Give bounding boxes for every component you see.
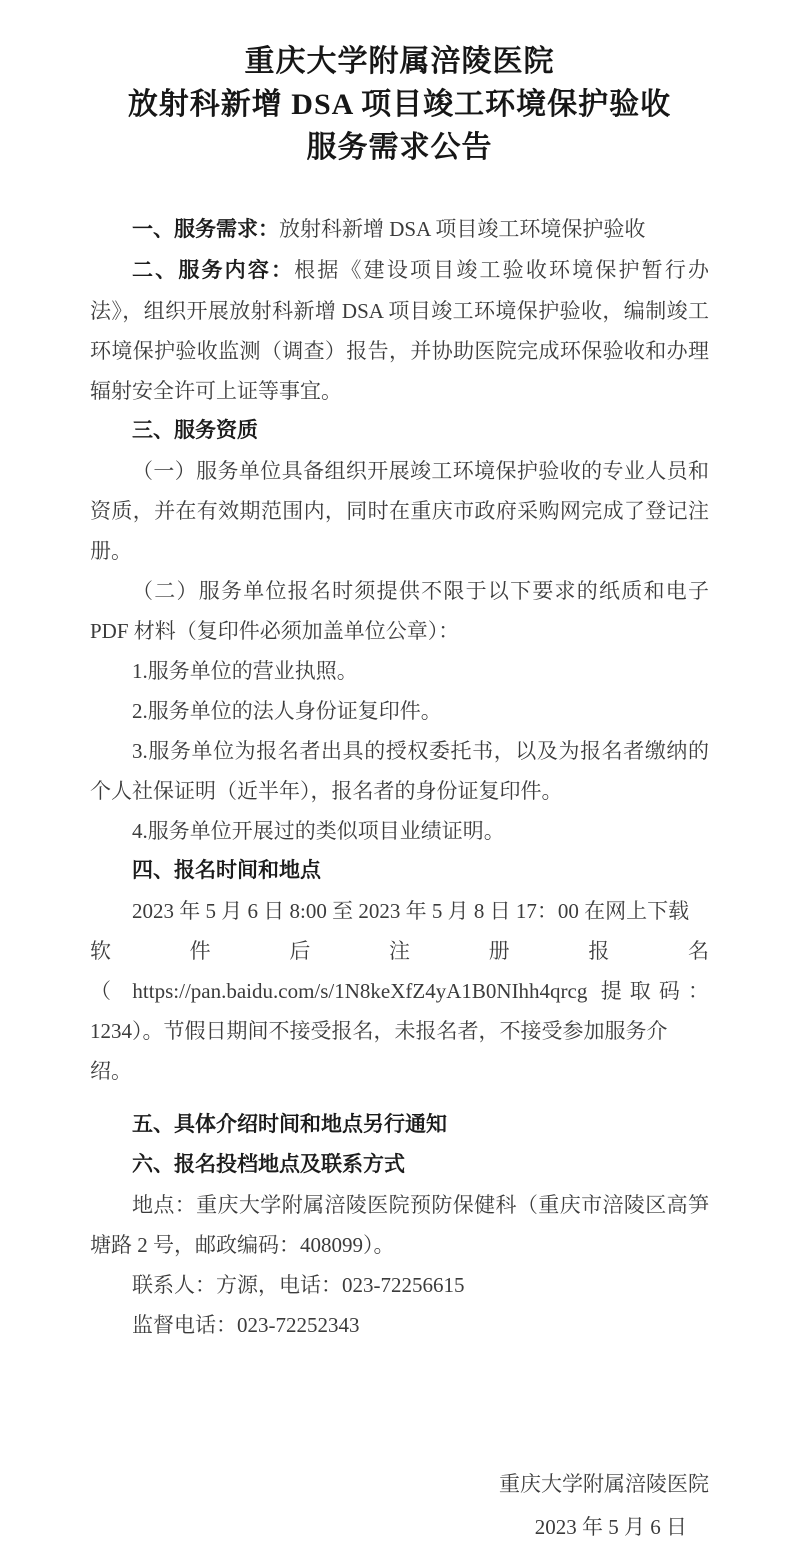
signup-url-line: （ https://pan.baidu.com/s/1N8keXfZ4yA1B0…	[90, 971, 709, 1011]
document-body: 一、服务需求：放射科新增 DSA 项目竣工环境保护验收 二、服务内容：根据《建设…	[90, 209, 709, 1345]
signup-code-line: 1234）。节假日期间不接受报名，未报名者，不接受参加服务介绍。	[90, 1011, 709, 1091]
document-signature: 重庆大学附属涪陵医院 2023 年 5 月 6 日	[90, 1463, 709, 1545]
section-4-heading: 四、报名时间和地点	[90, 851, 709, 891]
announcement-page: 重庆大学附属涪陵医院 放射科新增 DSA 项目竣工环境保护验收 服务需求公告 一…	[0, 0, 793, 1545]
signup-spread-line: 软件后注册报名	[90, 931, 709, 971]
section-6-supervise-phone: 监督电话：023-72252343	[90, 1305, 709, 1345]
section-3-paragraph-1: （一）服务单位具备组织开展竣工环境保护验收的专业人员和资质，并在有效期范围内，同…	[90, 451, 709, 571]
title-line-2: 放射科新增 DSA 项目竣工环境保护验收	[90, 83, 709, 126]
section-1-heading: 一、服务需求：	[132, 218, 279, 241]
title-line-1: 重庆大学附属涪陵医院	[90, 40, 709, 83]
section-1-paragraph: 一、服务需求：放射科新增 DSA 项目竣工环境保护验收	[90, 209, 709, 250]
section-3-item-2: 2.服务单位的法人身份证复印件。	[90, 691, 709, 731]
document-title: 重庆大学附属涪陵医院 放射科新增 DSA 项目竣工环境保护验收 服务需求公告	[90, 40, 709, 169]
section-2-paragraph: 二、服务内容：根据《建设项目竣工验收环境保护暂行办法》，组织开展放射科新增 DS…	[90, 250, 709, 411]
section-2-heading: 二、服务内容：	[132, 259, 294, 282]
signature-date: 2023 年 5 月 6 日	[90, 1506, 709, 1545]
section-3-item-3: 3.服务单位为报名者出具的授权委托书，以及为报名者缴纳的个人社保证明（近半年），…	[90, 731, 709, 811]
signature-organization: 重庆大学附属涪陵医院	[90, 1463, 709, 1506]
title-line-3: 服务需求公告	[90, 126, 709, 169]
section-3-heading: 三、服务资质	[90, 411, 709, 451]
section-3-item-4: 4.服务单位开展过的类似项目业绩证明。	[90, 811, 709, 851]
section-6-address: 地点：重庆大学附属涪陵医院预防保健科（重庆市涪陵区高笋塘路 2 号，邮政编码：4…	[90, 1185, 709, 1265]
section-5-heading: 五、具体介绍时间和地点另行通知	[90, 1105, 709, 1145]
section-6-contact: 联系人：方源，电话：023-72256615	[90, 1265, 709, 1305]
section-4-paragraph: 2023 年 5 月 6 日 8:00 至 2023 年 5 月 8 日 17：…	[90, 891, 709, 1091]
signup-time-line: 2023 年 5 月 6 日 8:00 至 2023 年 5 月 8 日 17：…	[90, 891, 709, 931]
section-1-text: 放射科新增 DSA 项目竣工环境保护验收	[279, 217, 645, 241]
section-3-item-1: 1.服务单位的营业执照。	[90, 651, 709, 691]
section-3-paragraph-2: （二）服务单位报名时须提供不限于以下要求的纸质和电子 PDF 材料（复印件必须加…	[90, 571, 709, 651]
section-6-heading: 六、报名投档地点及联系方式	[90, 1145, 709, 1185]
